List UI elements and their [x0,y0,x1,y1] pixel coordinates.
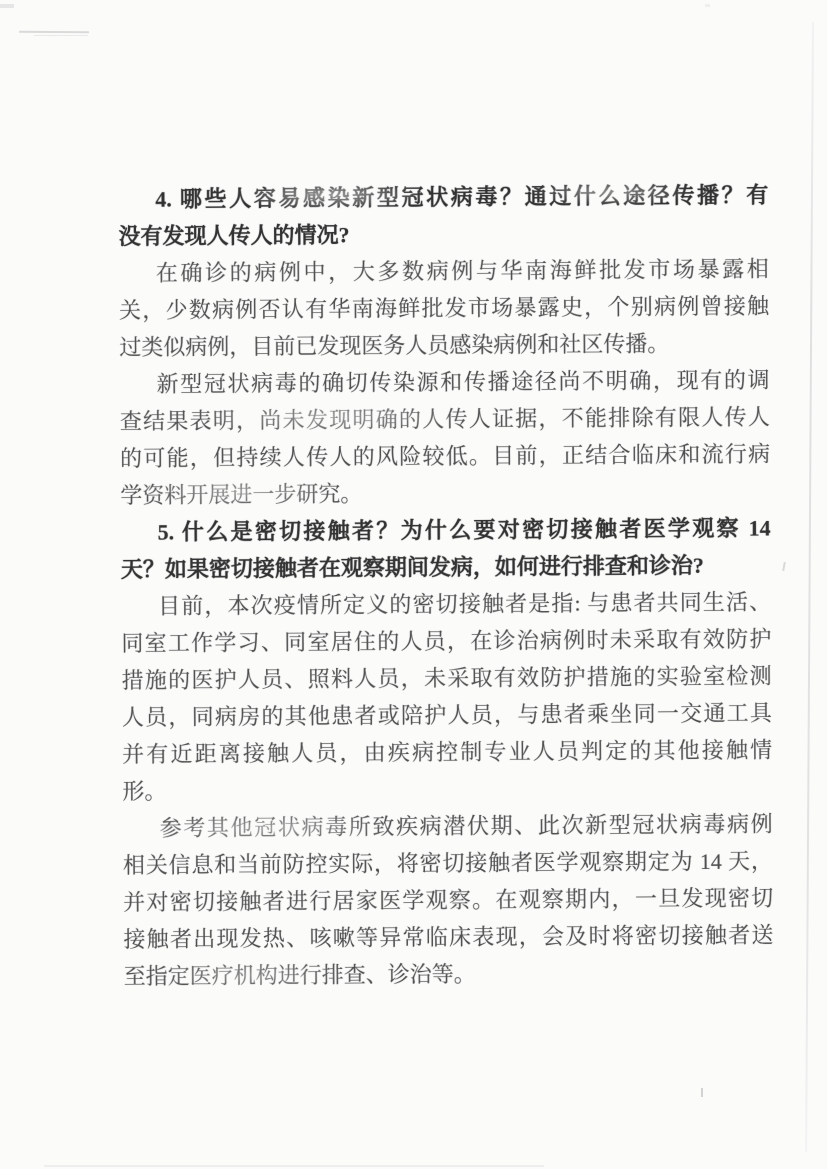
text-line: 的可能，但持续人传人的风险较低。目前，正结合临床和流行病 [120,435,770,477]
text-line: 接触者出现发热、咳嗽等异常临床表现，会及时将密切接触者送 [123,916,773,958]
scan-speck [782,562,786,571]
answer-4-paragraph-2: 新型冠状病毒的确切传染源和传播途径尚不明确，现有的调 查结果表明，尚未发现明确的… [119,361,770,514]
text-line: 并有近距离接触人员，由疾病控制专业人员判定的其他接触情 [122,731,772,773]
scanned-document-page: 4. 哪些人容易感染新型冠状病毒？通过什么途径传播？有 没有发现人传人的情况? … [0,0,827,1169]
text-line: 参考其他冠状病毒所致疾病潜伏期、此次新型冠状病毒病例 [123,805,773,847]
text-line: 形。 [122,768,772,810]
scan-smudge [34,35,88,36]
text-line: 过类似病例，目前已发现医务人员感染病例和社区传播。 [119,324,769,366]
scan-speck [705,4,710,7]
scan-smudge [19,31,89,33]
text-line: 4. 哪些人容易感染新型冠状病毒？通过什么途径传播？有 [118,176,768,218]
text-line: 措施的医护人员、照料人员，未采取有效防护措施的实验室检测 [122,657,772,699]
answer-4-paragraph-1: 在确诊的病例中，大多数病例与华南海鲜批发市场暴露相 关，少数病例否认有华南海鲜批… [119,250,770,366]
scanner-edge-line [805,22,814,1152]
text-line: 人员，同病房的其他患者或陪护人员，与患者乘坐同一交通工具 [122,694,772,736]
text-line: 目前，本次疫情所定义的密切接触者是指: 与患者共同生活、 [121,583,771,625]
question-5-heading: 5. 什么是密切接触者？为什么要对密切接触者医学观察 14 天？如果密切接触者在… [120,509,771,588]
text-line: 并对密切接触者进行居家医学观察。在观察期内，一旦发现密切 [123,879,773,921]
text-line: 学资料开展进一步研究。 [120,472,770,514]
scanner-edge-line [44,1165,544,1167]
text-line: 同室工作学习、同室居住的人员，在诊治病例时未采取有效防护 [121,620,771,662]
text-line: 至指定医疗机构进行排查、诊治等。 [124,953,774,995]
answer-5-paragraph-2: 参考其他冠状病毒所致疾病潜伏期、此次新型冠状病毒病例 相关信息和当前防控实际，将… [123,805,774,995]
answer-5-paragraph-1: 目前，本次疫情所定义的密切接触者是指: 与患者共同生活、 同室工作学习、同室居住… [121,583,773,810]
text-line: 在确诊的病例中，大多数病例与华南海鲜批发市场暴露相 [119,250,769,292]
text-line: 查结果表明，尚未发现明确的人传人证据，不能排除有限人传人 [120,398,770,440]
text-line: 新型冠状病毒的确切传染源和传播途径尚不明确，现有的调 [119,361,769,403]
text-line: 相关信息和当前防控实际，将密切接触者医学观察期定为 14 天， [123,842,773,884]
document-text-block: 4. 哪些人容易感染新型冠状病毒？通过什么途径传播？有 没有发现人传人的情况? … [118,176,774,995]
scan-corner-mark [0,4,14,8]
text-line: 没有发现人传人的情况? [118,213,768,255]
scan-speck [701,1088,703,1097]
text-line: 天？如果密切接触者在观察期间发病，如何进行排查和诊治? [121,546,771,588]
text-line: 关，少数病例否认有华南海鲜批发市场暴露史，个别病例曾接触 [119,287,769,329]
text-line: 5. 什么是密切接触者？为什么要对密切接触者医学观察 14 [120,509,770,551]
question-4-heading: 4. 哪些人容易感染新型冠状病毒？通过什么途径传播？有 没有发现人传人的情况? [118,176,769,255]
